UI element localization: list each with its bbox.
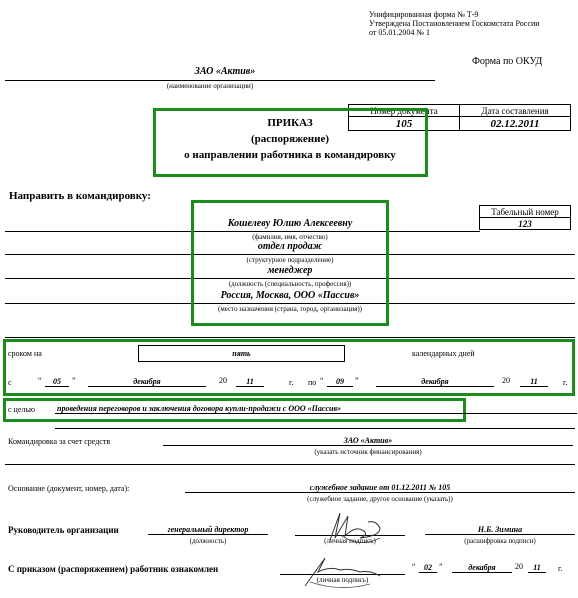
from-label: с: [8, 378, 12, 387]
from-year: 11: [236, 377, 264, 387]
head-signature-caption: (личная подпись): [295, 537, 405, 545]
okud-label: Форма по ОКУД: [472, 56, 542, 67]
doc-date: 02.12.2011: [460, 117, 571, 131]
from-day: 05: [45, 377, 69, 387]
form-line-2: Утверждена Постановлением Госкомстата Ро…: [369, 19, 540, 28]
basis-value: служебное задание от 01.12.2011 № 105: [185, 483, 575, 493]
ack-year-suffix: г.: [558, 564, 562, 573]
ack-quote-close: ”: [439, 562, 443, 571]
term-days: пять: [138, 345, 345, 362]
head-name-caption: (расшифровка подписи): [425, 537, 575, 545]
purpose-value: проведения переговоров и заключения дого…: [55, 404, 577, 414]
from-year-suffix: г.: [289, 378, 293, 387]
head-name: Н.Б. Зимина: [425, 525, 575, 535]
purpose-label: с целью: [8, 405, 35, 414]
basis-label: Основание (документ, номер, дата):: [8, 484, 129, 493]
to-day: 09: [327, 377, 353, 387]
funding-line-2: [5, 464, 575, 465]
tab-number: 123: [480, 218, 571, 230]
to-year: 11: [520, 377, 548, 387]
term-days-label: календарных дней: [412, 349, 475, 358]
to-quote-open: “: [320, 376, 324, 385]
from-quote-open: “: [38, 376, 42, 385]
organization-line: [5, 80, 435, 81]
ack-year: 11: [528, 563, 546, 573]
term-label: сроком на: [8, 349, 42, 358]
head-position: генеральный директор: [148, 525, 268, 535]
form-line-3: от 05.01.2004 № 1: [369, 28, 540, 37]
form-info: Унифицированная форма № Т-9 Утверждена П…: [369, 10, 540, 37]
employee-highlight: [191, 200, 389, 326]
separator-line: [5, 337, 575, 338]
from-month: декабря: [88, 377, 206, 387]
ack-year-prefix: 20: [515, 562, 523, 571]
form-line-1: Унифицированная форма № Т-9: [369, 10, 540, 19]
to-quote-close: ”: [355, 376, 359, 385]
funding-value: ЗАО «Актив»: [163, 436, 573, 446]
tab-number-header: Табельный номер: [480, 206, 571, 218]
ack-quote-open: “: [412, 562, 416, 571]
ack-day: 02: [419, 563, 437, 573]
from-quote-close: ”: [72, 376, 76, 385]
organization-caption: (наименование организации): [150, 82, 270, 90]
from-year-prefix: 20: [219, 376, 227, 385]
ack-signature-caption: (личная подпись): [280, 576, 405, 584]
tab-number-table: Табельный номер 123: [479, 205, 571, 230]
funding-label: Командировка за счет средств: [8, 437, 110, 446]
basis-caption: (служебное задание, другое основание (ук…: [185, 495, 575, 503]
head-label: Руководитель организации: [8, 526, 119, 535]
to-month: декабря: [376, 377, 494, 387]
head-position-caption: (должность): [148, 537, 268, 545]
ack-label: С приказом (распоряжением) работник озна…: [8, 564, 218, 574]
organization-name: ЗАО «Актив»: [150, 66, 300, 77]
doc-date-header: Дата составления: [460, 105, 571, 117]
to-year-prefix: 20: [502, 376, 510, 385]
to-year-suffix: г.: [563, 378, 567, 387]
ack-month: декабря: [452, 563, 512, 573]
title-highlight: [153, 108, 428, 177]
send-label: Направить в командировку:: [9, 190, 151, 202]
purpose-line-2: [55, 428, 575, 429]
to-label: по: [308, 378, 316, 387]
funding-caption: (указать источник финансирования): [163, 448, 573, 456]
